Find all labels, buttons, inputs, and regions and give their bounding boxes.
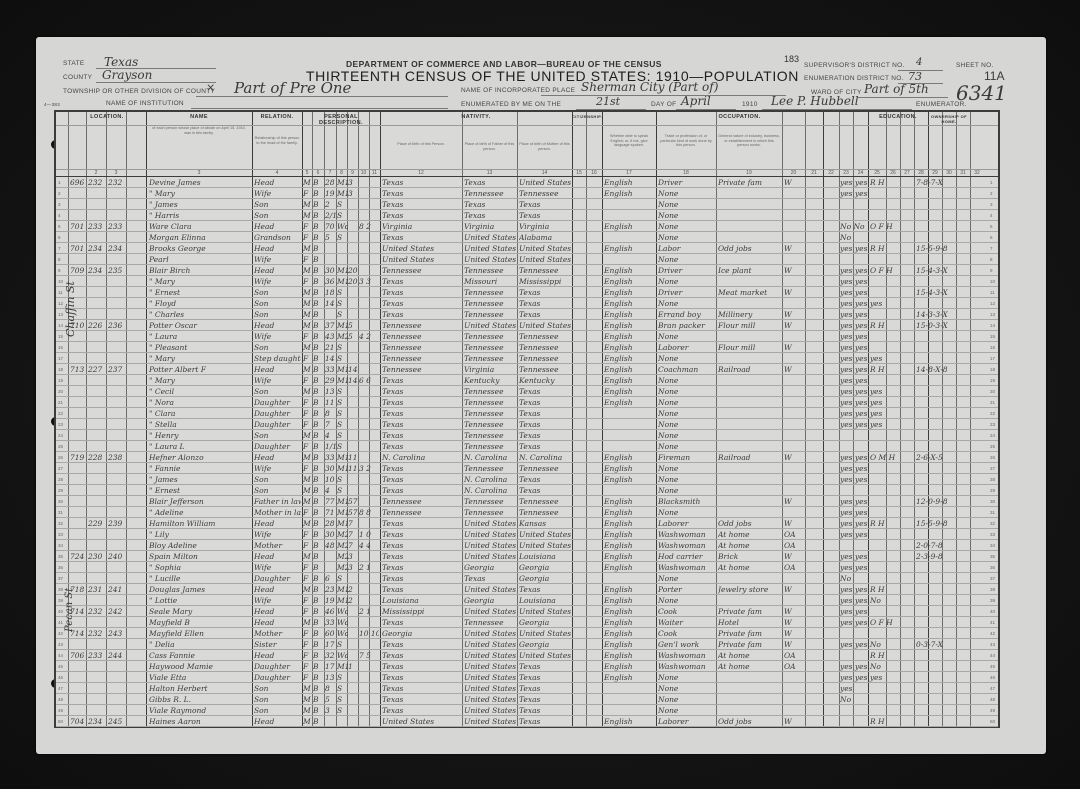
cell-relation: Daughter xyxy=(254,661,301,672)
cell-age: 13 xyxy=(325,672,337,683)
cell-language: English xyxy=(604,331,656,342)
cell-children xyxy=(359,430,379,441)
cell-marital: M2 xyxy=(337,540,348,551)
cell-class: OA xyxy=(784,650,805,661)
cell-father-bp: Kentucky xyxy=(464,375,517,386)
cell-name: Morgan Elinna xyxy=(149,232,251,243)
cell-relation: Wife xyxy=(254,595,301,606)
cell-class xyxy=(784,331,805,342)
cell-trade: Fireman xyxy=(658,452,716,463)
cell-family xyxy=(88,529,106,540)
cell-relation: Daughter xyxy=(254,397,301,408)
cell-mother-bp: Texas xyxy=(519,584,572,595)
cell-sex: M xyxy=(303,243,312,254)
cell-class xyxy=(784,507,805,518)
cell-family xyxy=(88,386,106,397)
cell-children xyxy=(359,254,379,265)
cell-codes: 2-0-7-8 xyxy=(916,540,986,551)
cell-own xyxy=(870,628,914,639)
cell-mother-bp: Louisiana xyxy=(519,595,572,606)
cell-father-bp: United States xyxy=(464,683,517,694)
cell-relation: Wife xyxy=(254,331,301,342)
cell-name: Gibbs R. L. xyxy=(149,694,251,705)
cell-house xyxy=(108,188,126,199)
line-number: 7 xyxy=(58,243,61,254)
cell-dwelling xyxy=(70,507,88,518)
cell-industry: Brick xyxy=(718,551,782,562)
colnum: 11 xyxy=(369,170,380,176)
colnum: 13 xyxy=(462,170,517,176)
cell-name: Blair Jefferson xyxy=(149,496,251,507)
table-row: 4040714232242Seale MaryHeadFB46Wd2 1Miss… xyxy=(56,606,998,617)
line-number: 27 xyxy=(990,463,995,474)
cell-name: Douglas James xyxy=(149,584,251,595)
line-number: 40 xyxy=(990,606,995,617)
line-number: 5 xyxy=(58,221,61,232)
cell-years xyxy=(348,683,359,694)
line-number: 35 xyxy=(58,551,63,562)
cell-mother-bp: Texas xyxy=(519,287,572,298)
cell-children xyxy=(359,188,379,199)
table-row: 1919" MaryWifeFB29M1146 6TexasKentuckyKe… xyxy=(56,375,998,386)
cell-marital: M1 xyxy=(337,463,348,474)
census-table: LOCATION. NAME RELATION. PERSONAL DESCRI… xyxy=(54,110,1000,728)
cell-language xyxy=(604,210,656,221)
form-code: 4—383 xyxy=(44,102,60,107)
line-number: 10 xyxy=(58,276,63,287)
cell-sex: F xyxy=(303,562,312,573)
cell-sex: M xyxy=(303,177,312,188)
cell-trade: Washwoman xyxy=(658,540,716,551)
cell-family xyxy=(88,254,106,265)
cell-birthplace: Texas xyxy=(382,661,462,672)
cell-children: 2 1 xyxy=(359,606,379,617)
cell-relation: Son xyxy=(254,705,301,716)
cell-name: Potter Albert F xyxy=(149,364,251,375)
cell-father-bp: Tennessee xyxy=(464,386,517,397)
cell-codes: 12-0-9-8 xyxy=(916,496,986,507)
day-of-label: DAY OF xyxy=(651,101,676,108)
line-number: 50 xyxy=(990,716,995,727)
supervisor-label: SUPERVISOR'S DISTRICT NO. xyxy=(804,62,905,69)
cell-father-bp: Tennessee xyxy=(464,617,517,628)
group-name: NAME xyxy=(146,114,252,120)
cell-trade: Washwoman xyxy=(658,661,716,672)
cell-language: English xyxy=(604,243,656,254)
cell-children xyxy=(359,397,379,408)
line-number: 26 xyxy=(990,452,995,463)
line-number: 43 xyxy=(58,639,63,650)
cell-trade: Labor xyxy=(658,243,716,254)
cell-industry: Odd jobs xyxy=(718,243,782,254)
cell-age: 37 xyxy=(325,320,337,331)
cell-mother-bp: Texas xyxy=(519,298,572,309)
cell-mother-bp: Mississippi xyxy=(519,276,572,287)
cell-language xyxy=(604,573,656,584)
cell-age: 3 xyxy=(325,705,337,716)
cell-family xyxy=(88,375,106,386)
cell-father-bp: United States xyxy=(464,518,517,529)
cell-years: 7 xyxy=(348,540,359,551)
cell-mother-bp: Texas xyxy=(519,397,572,408)
cell-own xyxy=(870,661,914,672)
cell-language: English xyxy=(604,639,656,650)
cell-sex: F xyxy=(303,188,312,199)
cell-race: B xyxy=(313,254,324,265)
cell-name: Ware Clara xyxy=(149,221,251,232)
cell-codes xyxy=(916,606,986,617)
line-number: 24 xyxy=(58,430,63,441)
cell-marital: M2 xyxy=(337,529,348,540)
cell-name: " Mary xyxy=(149,188,251,199)
cell-birthplace: Texas xyxy=(382,287,462,298)
cell-dwelling xyxy=(70,419,88,430)
cell-family xyxy=(88,408,106,419)
cell-family xyxy=(88,441,106,452)
cell-trade: Driver xyxy=(658,287,716,298)
line-number: 11 xyxy=(58,287,63,298)
cell-trade: None xyxy=(658,507,716,518)
cell-language: English xyxy=(604,177,656,188)
cell-name: Devine James xyxy=(149,177,251,188)
table-row: 3535724230240Spain MiltonHeadMBM23TexasU… xyxy=(56,551,998,562)
cell-own xyxy=(870,430,914,441)
cell-years: 14 xyxy=(348,375,359,386)
cell-age: 23 xyxy=(325,584,337,595)
cell-trade: None xyxy=(658,386,716,397)
cell-birthplace: Texas xyxy=(382,441,462,452)
cell-mother-bp: Kansas xyxy=(519,518,572,529)
cell-mother-bp: Texas xyxy=(519,485,572,496)
table-row: 5050704234245Haines AaronHeadMBUnited St… xyxy=(56,716,998,727)
cell-sex: F xyxy=(303,408,312,419)
cell-language: English xyxy=(604,265,656,276)
cell-mother-bp: Texas xyxy=(519,705,572,716)
cell-relation: Wife xyxy=(254,562,301,573)
line-number: 17 xyxy=(58,353,63,364)
cell-trade: None xyxy=(658,441,716,452)
cell-dwelling xyxy=(70,518,88,529)
colnum: 29 xyxy=(928,170,942,176)
cell-family xyxy=(88,287,106,298)
cell-family xyxy=(88,419,106,430)
cell-trade: None xyxy=(658,430,716,441)
cell-birthplace: Texas xyxy=(382,232,462,243)
cell-mother-bp: Kentucky xyxy=(519,375,572,386)
cell-own xyxy=(870,606,914,617)
cell-race: B xyxy=(313,298,324,309)
table-row: 4545Haywood MamieDaughterFB17M11TexasUni… xyxy=(56,661,998,672)
cell-relation: Head xyxy=(254,518,301,529)
cell-marital: S xyxy=(337,353,348,364)
cell-language xyxy=(604,683,656,694)
line-number: 18 xyxy=(58,364,63,375)
cell-children: 8 2 xyxy=(359,221,379,232)
cell-race: B xyxy=(313,342,324,353)
table-row: 4242714232243Mayfield EllenMotherFB60Wd1… xyxy=(56,628,998,639)
cell-house xyxy=(108,672,126,683)
line-number: 8 xyxy=(58,254,61,265)
cell-years: 14 xyxy=(348,364,359,375)
cell-children xyxy=(359,320,379,331)
cell-children xyxy=(359,617,379,628)
table-row: 55701233233Ware ClaraHeadFB70Wd8 2Virgin… xyxy=(56,221,998,232)
line-number: 4 xyxy=(990,210,993,221)
line-number: 37 xyxy=(990,573,995,584)
cell-sex: F xyxy=(303,628,312,639)
cell-birthplace: N. Carolina xyxy=(382,452,462,463)
cell-trade: None xyxy=(658,408,716,419)
cell-codes xyxy=(916,628,986,639)
cell-age: 13 xyxy=(325,386,337,397)
line-number: 18 xyxy=(990,364,995,375)
cell-trade: None xyxy=(658,463,716,474)
cell-own xyxy=(870,683,914,694)
cell-years: 1 xyxy=(348,661,359,672)
cell-industry xyxy=(718,221,782,232)
cell-years: 3 xyxy=(348,188,359,199)
cell-race: B xyxy=(313,661,324,672)
colnum: 6 xyxy=(312,170,324,176)
cell-relation: Grandson xyxy=(254,232,301,243)
cell-birthplace: Texas xyxy=(382,540,462,551)
cell-mother-bp: Texas xyxy=(519,716,572,727)
cell-house: 237 xyxy=(108,364,126,375)
cell-race: B xyxy=(313,243,324,254)
cell-children xyxy=(359,639,379,650)
cell-race: B xyxy=(313,628,324,639)
cell-family xyxy=(88,199,106,210)
ward-label: WARD OF CITY xyxy=(811,89,862,96)
cell-years xyxy=(348,298,359,309)
cell-class: OA xyxy=(784,540,805,551)
cell-father-bp: Tennessee xyxy=(464,188,517,199)
cell-industry xyxy=(718,188,782,199)
table-row: 1010" MaryWifeFB36M1203 3TexasMissouriMi… xyxy=(56,276,998,287)
cell-age: 5 xyxy=(325,694,337,705)
cell-relation: Son xyxy=(254,485,301,496)
cell-children xyxy=(359,364,379,375)
cell-sex: M xyxy=(303,452,312,463)
cell-race: B xyxy=(313,551,324,562)
year-label: 1910 xyxy=(742,101,758,108)
cell-trade: None xyxy=(658,694,716,705)
cell-birthplace: United States xyxy=(382,254,462,265)
cell-codes xyxy=(916,716,986,727)
cell-father-bp: Tennessee xyxy=(464,287,517,298)
cell-years xyxy=(348,342,359,353)
cell-birthplace: Tennessee xyxy=(382,265,462,276)
cell-industry xyxy=(718,595,782,606)
cell-father-bp: United States xyxy=(464,716,517,727)
cell-house xyxy=(108,705,126,716)
cell-industry: At home xyxy=(718,529,782,540)
cell-house: 233 xyxy=(108,221,126,232)
cell-class xyxy=(784,188,805,199)
cell-language: English xyxy=(604,342,656,353)
cell-mother-bp: Tennessee xyxy=(519,364,572,375)
cell-father-bp: Texas xyxy=(464,210,517,221)
line-number: 6 xyxy=(58,232,61,243)
cell-sex: F xyxy=(303,529,312,540)
cell-race: B xyxy=(313,265,324,276)
cell-industry xyxy=(718,430,782,441)
cell-age xyxy=(325,562,337,573)
cell-trade: None xyxy=(658,397,716,408)
table-row: 77701234234Brooks GeorgeHeadMBUnited Sta… xyxy=(56,243,998,254)
cell-mother-bp: Texas xyxy=(519,408,572,419)
line-number: 21 xyxy=(58,397,63,408)
cell-name: " Delia xyxy=(149,639,251,650)
cell-birthplace: Tennessee xyxy=(382,496,462,507)
cell-relation: Daughter xyxy=(254,419,301,430)
cell-trade: Driver xyxy=(658,265,716,276)
cell-sex: F xyxy=(303,573,312,584)
colnum: 15 xyxy=(572,170,586,176)
cell-mother-bp: United States xyxy=(519,243,572,254)
cell-race: B xyxy=(313,375,324,386)
cell-age: 32 xyxy=(325,650,337,661)
cell-relation: Son xyxy=(254,298,301,309)
cell-language xyxy=(604,419,656,430)
cell-race: B xyxy=(313,474,324,485)
cell-dwelling xyxy=(70,375,88,386)
table-row: 3131" AdelineMother in lawFB71M1578 8Ten… xyxy=(56,507,998,518)
cell-mother-bp: Texas xyxy=(519,683,572,694)
cell-years: 20 xyxy=(348,276,359,287)
table-row: 11696232232Devine JamesHeadMB28M13TexasT… xyxy=(56,177,998,188)
cell-sex: F xyxy=(303,254,312,265)
cell-own: R H xyxy=(870,364,914,375)
cell-industry: Jewelry store xyxy=(718,584,782,595)
cell-language: English xyxy=(604,507,656,518)
cell-class xyxy=(784,672,805,683)
cell-family xyxy=(88,353,106,364)
cell-dwelling: 696 xyxy=(70,177,88,188)
cell-birthplace: Texas xyxy=(382,518,462,529)
cell-dwelling xyxy=(70,441,88,452)
cell-father-bp: United States xyxy=(464,320,517,331)
cell-race: B xyxy=(313,210,324,221)
cell-children: 7 5 xyxy=(359,650,379,661)
line-number: 6 xyxy=(990,232,993,243)
cell-dwelling xyxy=(70,705,88,716)
cell-race: B xyxy=(313,595,324,606)
cell-class: W xyxy=(784,496,805,507)
cell-children xyxy=(359,408,379,419)
cell-codes: 15-5-9-8 xyxy=(916,243,986,254)
table-row: 3838718231241Douglas JamesHeadMB23M12Tex… xyxy=(56,584,998,595)
cell-children xyxy=(359,177,379,188)
cell-sex: F xyxy=(303,375,312,386)
cell-relation: Wife xyxy=(254,375,301,386)
line-number: 38 xyxy=(58,584,63,595)
cell-codes: 14-8-X-8 xyxy=(916,364,986,375)
cell-sex: F xyxy=(303,397,312,408)
cell-industry: Railroad xyxy=(718,452,782,463)
group-education: EDUCATION. xyxy=(868,114,928,120)
cell-race: B xyxy=(313,496,324,507)
cell-codes: 15-0-3-X xyxy=(916,320,986,331)
cell-codes xyxy=(916,375,986,386)
cell-language: English xyxy=(604,463,656,474)
cell-age: 30 xyxy=(325,265,337,276)
cell-trade: Coachman xyxy=(658,364,716,375)
cell-trade: None xyxy=(658,595,716,606)
cell-relation: Daughter xyxy=(254,672,301,683)
cell-own: R H xyxy=(870,320,914,331)
line-number: 32 xyxy=(990,518,995,529)
cell-mother-bp: Tennessee xyxy=(519,507,572,518)
table-row: 3232229239Hamilton WilliamHeadMB28M17Tex… xyxy=(56,518,998,529)
cell-race: B xyxy=(313,408,324,419)
cell-family xyxy=(88,661,106,672)
line-number: 11 xyxy=(990,287,995,298)
cell-father-bp: United States xyxy=(464,551,517,562)
cell-birthplace: Texas xyxy=(382,386,462,397)
table-row: 1818713227237Potter Albert FHeadMB33M114… xyxy=(56,364,998,375)
cell-sex: F xyxy=(303,463,312,474)
cell-sex: F xyxy=(303,650,312,661)
cell-family: 230 xyxy=(88,551,106,562)
cell-relation: Son xyxy=(254,683,301,694)
cell-children xyxy=(359,661,379,672)
cell-industry: Odd jobs xyxy=(718,518,782,529)
cell-codes xyxy=(916,232,986,243)
cell-codes xyxy=(916,254,986,265)
cell-years: 57 xyxy=(348,496,359,507)
cell-dwelling xyxy=(70,386,88,397)
cell-family xyxy=(88,485,106,496)
cell-industry: Meat market xyxy=(718,287,782,298)
cell-race: B xyxy=(313,463,324,474)
cell-race: B xyxy=(313,309,324,320)
cell-name: " Nora xyxy=(149,397,251,408)
cell-own xyxy=(870,419,914,430)
cell-name: Spain Milton xyxy=(149,551,251,562)
cell-own: R H xyxy=(870,584,914,595)
cell-name: Pearl xyxy=(149,254,251,265)
cell-class: W xyxy=(784,606,805,617)
line-number: 2 xyxy=(58,188,61,199)
cell-age xyxy=(325,309,337,320)
cell-house xyxy=(108,617,126,628)
cell-years: 3 xyxy=(348,562,359,573)
cell-race: B xyxy=(313,683,324,694)
cell-dwelling: 709 xyxy=(70,265,88,276)
cell-industry xyxy=(718,694,782,705)
cell-dwelling xyxy=(70,529,88,540)
cell-race: B xyxy=(313,716,324,727)
cell-family: 232 xyxy=(88,628,106,639)
line-number: 17 xyxy=(990,353,995,364)
line-number: 3 xyxy=(990,199,993,210)
cell-industry: Flour mill xyxy=(718,342,782,353)
line-number: 47 xyxy=(990,683,995,694)
cell-industry xyxy=(718,375,782,386)
cell-codes xyxy=(916,430,986,441)
cell-house xyxy=(108,210,126,221)
cell-codes: 15-4-3-X xyxy=(916,287,986,298)
cell-own: R H xyxy=(870,716,914,727)
cell-codes xyxy=(916,199,986,210)
nativity-mother-note: Place of birth of Mother of this person. xyxy=(519,142,570,151)
cell-house xyxy=(108,485,126,496)
colnum: 16 xyxy=(586,170,602,176)
line-number: 1 xyxy=(58,177,61,188)
cell-mother-bp: United States xyxy=(519,254,572,265)
cell-dwelling xyxy=(70,694,88,705)
